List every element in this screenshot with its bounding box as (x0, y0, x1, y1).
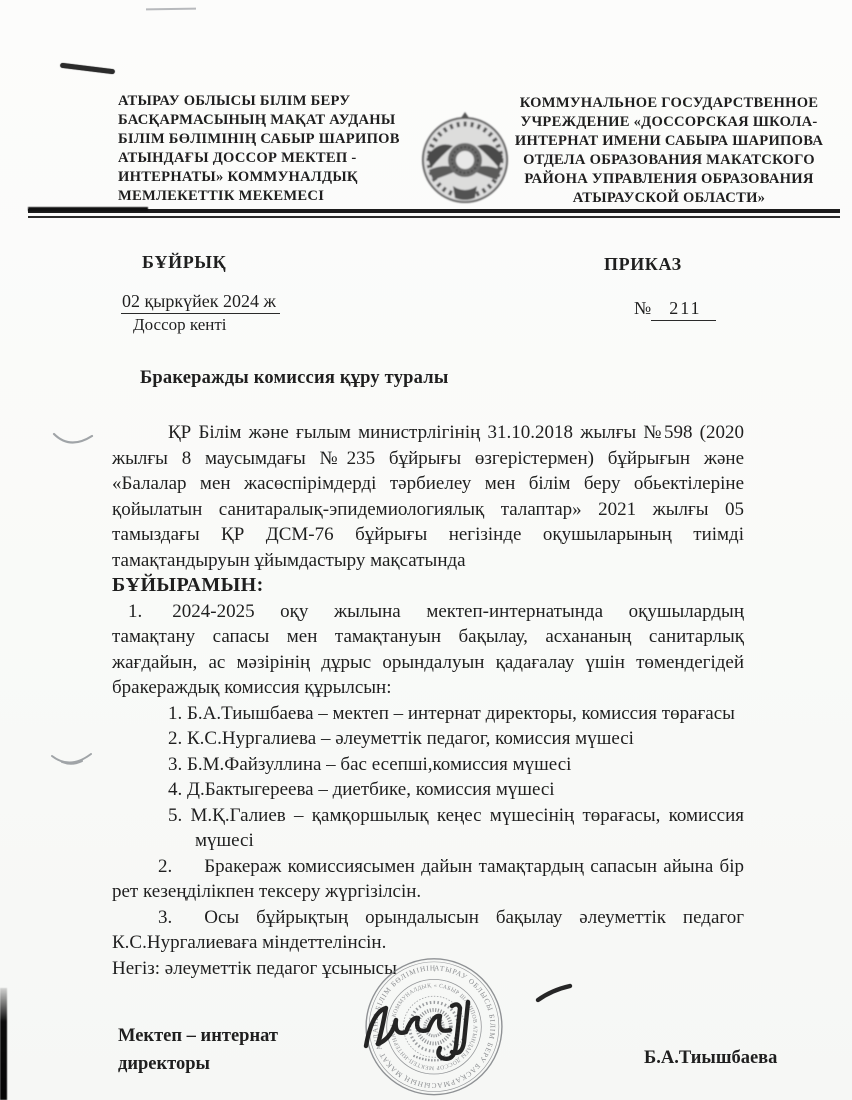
order-item-2: 2.Бракераж комиссиясымен дайын тамақтард… (112, 854, 744, 905)
order-item-3: 3.Осы бұйрықтың орындалысын бақылау әлеу… (112, 905, 744, 956)
preamble-paragraph: ҚР Білім және ғылым министрлігінің 31.10… (112, 420, 744, 573)
item-number: 2. (158, 856, 204, 877)
scanned-document-page: АТЫРАУ ОБЛЫСЫ БІЛІМ БЕРУ БАСҚАРМАСЫНЫҢ М… (0, 0, 852, 1100)
scan-dash-artifact (146, 8, 196, 11)
scan-edge-artifact (0, 988, 7, 1100)
number-value: 211 (651, 298, 715, 321)
scan-curve-artifact (48, 748, 94, 772)
signer-position: Мектеп – интернат директоры (118, 1022, 306, 1078)
handwritten-signature (348, 972, 584, 1077)
signer-name: Б.А.Тиышбаева (644, 1048, 777, 1069)
resolve-word: БҰЙЫРАМЫН: (112, 573, 744, 599)
commission-list: 1. Б.А.Тиышбаева – мектеп – интернат дир… (168, 701, 744, 854)
item-text: 2024-2025 оқу жылына мектеп-интернатында… (112, 601, 744, 699)
document-title: Бракеражды комиссия құру туралы (140, 368, 449, 389)
number-sign: № (634, 298, 651, 318)
document-body: ҚР Білім және ғылым министрлігінің 31.10… (112, 420, 744, 981)
item-number: 3. (158, 907, 204, 928)
org-name-kazakh: АТЫРАУ ОБЛЫСЫ БІЛІМ БЕРУ БАСҚАРМАСЫНЫҢ М… (118, 92, 420, 206)
commission-member: 3. Б.М.Файзуллина – бас есепші,комиссия … (168, 752, 744, 778)
order-label-kazakh: БҰЙРЫҚ (142, 252, 226, 273)
item-text: Осы бұйрықтың орындалысын бақылау әлеуме… (112, 907, 744, 954)
commission-member: 5. М.Қ.Галиев – қамқоршылық кеңес мүшесі… (168, 803, 744, 854)
commission-member: 2. К.С.Нургалиева – әлеуметтік педагог, … (168, 726, 744, 752)
order-number: №211 (634, 298, 716, 319)
kazakhstan-emblem-icon (419, 110, 511, 208)
commission-member: 1. Б.А.Тиышбаева – мектеп – интернат дир… (168, 701, 744, 727)
item-number: 1. (128, 601, 172, 622)
item-text: Бракераж комиссиясымен дайын тамақтардың… (112, 856, 744, 903)
order-item-1: 1.2024-2025 оқу жылына мектеп-интернатын… (112, 599, 744, 701)
order-label-russian: ПРИКАЗ (604, 254, 682, 275)
pen-mark-artifact (60, 63, 115, 75)
commission-member: 4. Д.Бактыгереева – диетбике, комиссия м… (168, 777, 744, 803)
order-date: 02 қыркүйек 2024 ж (121, 291, 280, 314)
scan-curve-artifact (50, 428, 96, 452)
header-divider (28, 209, 840, 218)
org-name-russian: КОММУНАЛЬНОЕ ГОСУДАРСТВЕННОЕ УЧРЕЖДЕНИЕ … (502, 94, 836, 208)
order-place: Доссор кенті (133, 315, 227, 335)
